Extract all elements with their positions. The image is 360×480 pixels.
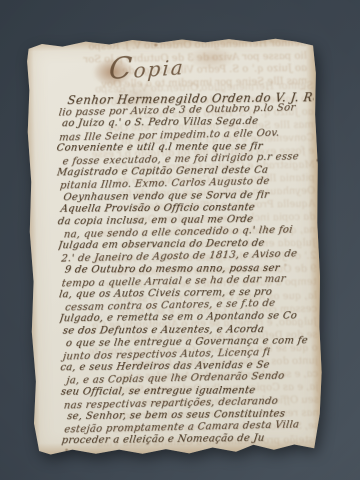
manuscript-page-wrap: Senhor Hermenegildo Orden.do V. J. Respo… [0, 0, 360, 480]
manuscript-page: Senhor Hermenegildo Orden.do V. J. Respo… [24, 35, 323, 456]
photo-background: Senhor Hermenegildo Orden.do V. J. Respo… [0, 0, 360, 480]
handwritten-line: proceder a elleição e Nomeação de Ju [61, 432, 320, 447]
handwritten-text-block: Senhor Hermenegildo Orden.do V. J. Respo… [55, 91, 319, 453]
document-heading: Copia [108, 47, 186, 88]
